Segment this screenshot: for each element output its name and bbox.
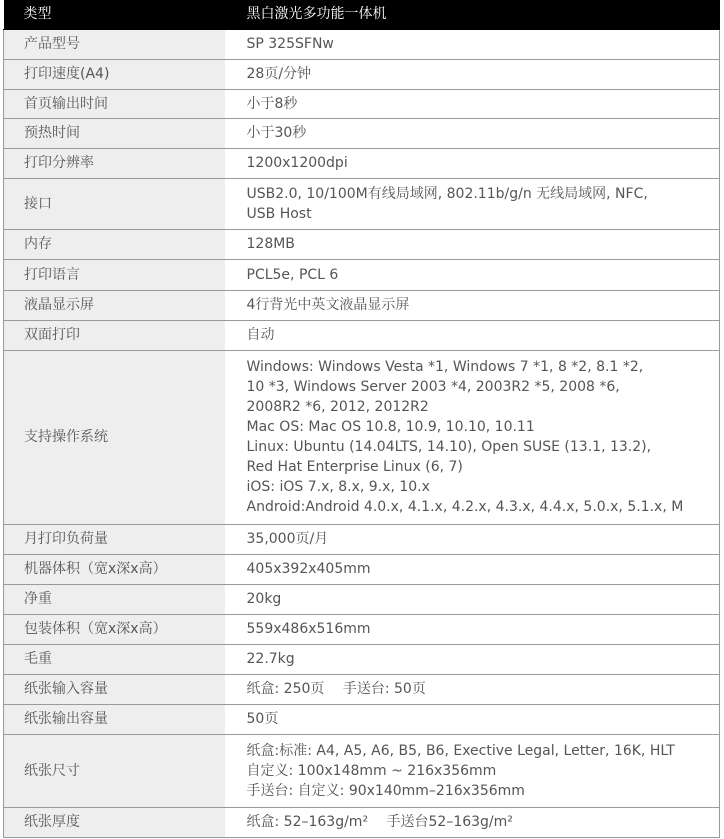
spec-label: 打印语言 xyxy=(4,259,225,290)
table-row: 包装体积（宽x深x高）559x486x516mm xyxy=(4,614,720,644)
spec-value: 22.7kg xyxy=(225,644,720,674)
table-row: 打印语言PCL5e, PCL 6 xyxy=(4,259,720,290)
spec-label: 净重 xyxy=(4,584,225,614)
spec-value-line: 纸盒:标准: A4, A5, A6, B5, B6, Exective Lega… xyxy=(247,741,720,761)
table-row: 液晶显示屏4行背光中英文液晶显示屏 xyxy=(4,290,720,320)
table-row: 毛重22.7kg xyxy=(4,644,720,674)
spec-label: 双面打印 xyxy=(4,320,225,350)
header-label: 类型 xyxy=(4,0,225,29)
spec-value: PCL5e, PCL 6 xyxy=(225,259,720,290)
spec-label: 预热时间 xyxy=(4,118,225,148)
spec-value: 自动 xyxy=(225,320,720,350)
spec-value: 小于8秒 xyxy=(225,89,720,118)
spec-value: 纸盒: 250页 手送台: 50页 xyxy=(225,674,720,704)
spec-value: 1200x1200dpi xyxy=(225,148,720,178)
spec-value-line: 小于8秒 xyxy=(247,94,720,114)
spec-value-line: USB Host xyxy=(247,204,720,224)
spec-value: 小于30秒 xyxy=(225,118,720,148)
table-row: 净重20kg xyxy=(4,584,720,614)
spec-value-line: 20kg xyxy=(247,589,720,609)
spec-label: 支持操作系统 xyxy=(4,350,225,524)
spec-value: 559x486x516mm xyxy=(225,614,720,644)
table-row: 打印分辨率1200x1200dpi xyxy=(4,148,720,178)
spec-label: 包装体积（宽x深x高） xyxy=(4,614,225,644)
spec-label: 纸张输出容量 xyxy=(4,704,225,734)
spec-value-line: 4行背光中英文液晶显示屏 xyxy=(247,295,720,315)
table-row: 预热时间小于30秒 xyxy=(4,118,720,148)
table-row: 纸张尺寸纸盒:标准: A4, A5, A6, B5, B6, Exective … xyxy=(4,734,720,807)
spec-value-line: Android:Android 4.0.x, 4.1.x, 4.2.x, 4.3… xyxy=(247,497,720,517)
header-value: 黑白激光多功能一体机 xyxy=(225,0,720,29)
spec-value-line: USB2.0, 10/100M有线局域网, 802.11b/g/n 无线局域网,… xyxy=(247,184,720,204)
spec-label: 纸张尺寸 xyxy=(4,734,225,807)
spec-value-line: PCL5e, PCL 6 xyxy=(247,265,720,285)
spec-value-line: 纸盒: 250页 手送台: 50页 xyxy=(247,679,720,699)
spec-label: 产品型号 xyxy=(4,29,225,59)
spec-value: Windows: Windows Vesta *1, Windows 7 *1,… xyxy=(225,350,720,524)
spec-value-line: 35,000页/月 xyxy=(247,529,720,549)
spec-value: USB2.0, 10/100M有线局域网, 802.11b/g/n 无线局域网,… xyxy=(225,178,720,229)
spec-value-line: Linux: Ubuntu (14.04LTS, 14.10), Open SU… xyxy=(247,437,720,457)
spec-value-line: Windows: Windows Vesta *1, Windows 7 *1,… xyxy=(247,357,720,377)
spec-value-line: 自定义: 100x148mm ~ 216x356mm xyxy=(247,761,720,781)
spec-value: 纸盒:标准: A4, A5, A6, B5, B6, Exective Lega… xyxy=(225,734,720,807)
table-row: 纸张输出容量50页 xyxy=(4,704,720,734)
table-row: 打印速度(A4)28页/分钟 xyxy=(4,59,720,89)
spec-value-line: SP 325SFNw xyxy=(247,34,720,54)
spec-label: 打印速度(A4) xyxy=(4,59,225,89)
table-row: 纸张输入容量纸盒: 250页 手送台: 50页 xyxy=(4,674,720,704)
spec-value-line: 纸盒: 52–163g/m² 手送台52–163g/m² xyxy=(247,812,720,832)
spec-value-line: 小于30秒 xyxy=(247,123,720,143)
spec-value-line: 128MB xyxy=(247,234,720,254)
spec-label: 月打印负荷量 xyxy=(4,524,225,554)
table-header-row: 类型 黑白激光多功能一体机 xyxy=(4,0,720,29)
spec-label: 接口 xyxy=(4,178,225,229)
table-row: 支持操作系统Windows: Windows Vesta *1, Windows… xyxy=(4,350,720,524)
spec-label: 内存 xyxy=(4,229,225,259)
spec-label: 打印分辨率 xyxy=(4,148,225,178)
spec-value: 4行背光中英文液晶显示屏 xyxy=(225,290,720,320)
spec-value: 28页/分钟 xyxy=(225,59,720,89)
spec-value-line: 10 *3, Windows Server 2003 *4, 2003R2 *5… xyxy=(247,377,720,397)
spec-value-line: 手送台: 自定义: 90x140mm–216x356mm xyxy=(247,781,720,801)
spec-value-line: 559x486x516mm xyxy=(247,619,720,639)
spec-value-line: 22.7kg xyxy=(247,649,720,669)
spec-value-line: 28页/分钟 xyxy=(247,64,720,84)
table-row: 产品型号SP 325SFNw xyxy=(4,29,720,59)
spec-label: 机器体积（宽x深x高） xyxy=(4,554,225,584)
spec-value-line: 405x392x405mm xyxy=(247,559,720,579)
spec-value: 35,000页/月 xyxy=(225,524,720,554)
spec-label: 首页输出时间 xyxy=(4,89,225,118)
spec-table: 类型 黑白激光多功能一体机 产品型号SP 325SFNw打印速度(A4)28页/… xyxy=(3,0,720,838)
table-row: 机器体积（宽x深x高）405x392x405mm xyxy=(4,554,720,584)
table-row: 首页输出时间小于8秒 xyxy=(4,89,720,118)
spec-value-line: Mac OS: Mac OS 10.8, 10.9, 10.10, 10.11 xyxy=(247,417,720,437)
spec-value: SP 325SFNw xyxy=(225,29,720,59)
spec-value: 128MB xyxy=(225,229,720,259)
spec-value-line: 50页 xyxy=(247,709,720,729)
spec-value-line: iOS: iOS 7.x, 8.x, 9.x, 10.x xyxy=(247,477,720,497)
table-row: 接口USB2.0, 10/100M有线局域网, 802.11b/g/n 无线局域… xyxy=(4,178,720,229)
spec-value: 50页 xyxy=(225,704,720,734)
spec-value: 20kg xyxy=(225,584,720,614)
spec-value: 纸盒: 52–163g/m² 手送台52–163g/m² xyxy=(225,807,720,837)
table-row: 内存128MB xyxy=(4,229,720,259)
spec-value-line: Red Hat Enterprise Linux (6, 7) xyxy=(247,457,720,477)
spec-value-line: 自动 xyxy=(247,325,720,345)
spec-label: 毛重 xyxy=(4,644,225,674)
spec-label: 纸张输入容量 xyxy=(4,674,225,704)
spec-value-line: 2008R2 *6, 2012, 2012R2 xyxy=(247,397,720,417)
spec-label: 液晶显示屏 xyxy=(4,290,225,320)
table-row: 纸张厚度纸盒: 52–163g/m² 手送台52–163g/m² xyxy=(4,807,720,837)
spec-value-line: 1200x1200dpi xyxy=(247,153,720,173)
table-row: 双面打印自动 xyxy=(4,320,720,350)
spec-value: 405x392x405mm xyxy=(225,554,720,584)
spec-label: 纸张厚度 xyxy=(4,807,225,837)
table-row: 月打印负荷量35,000页/月 xyxy=(4,524,720,554)
